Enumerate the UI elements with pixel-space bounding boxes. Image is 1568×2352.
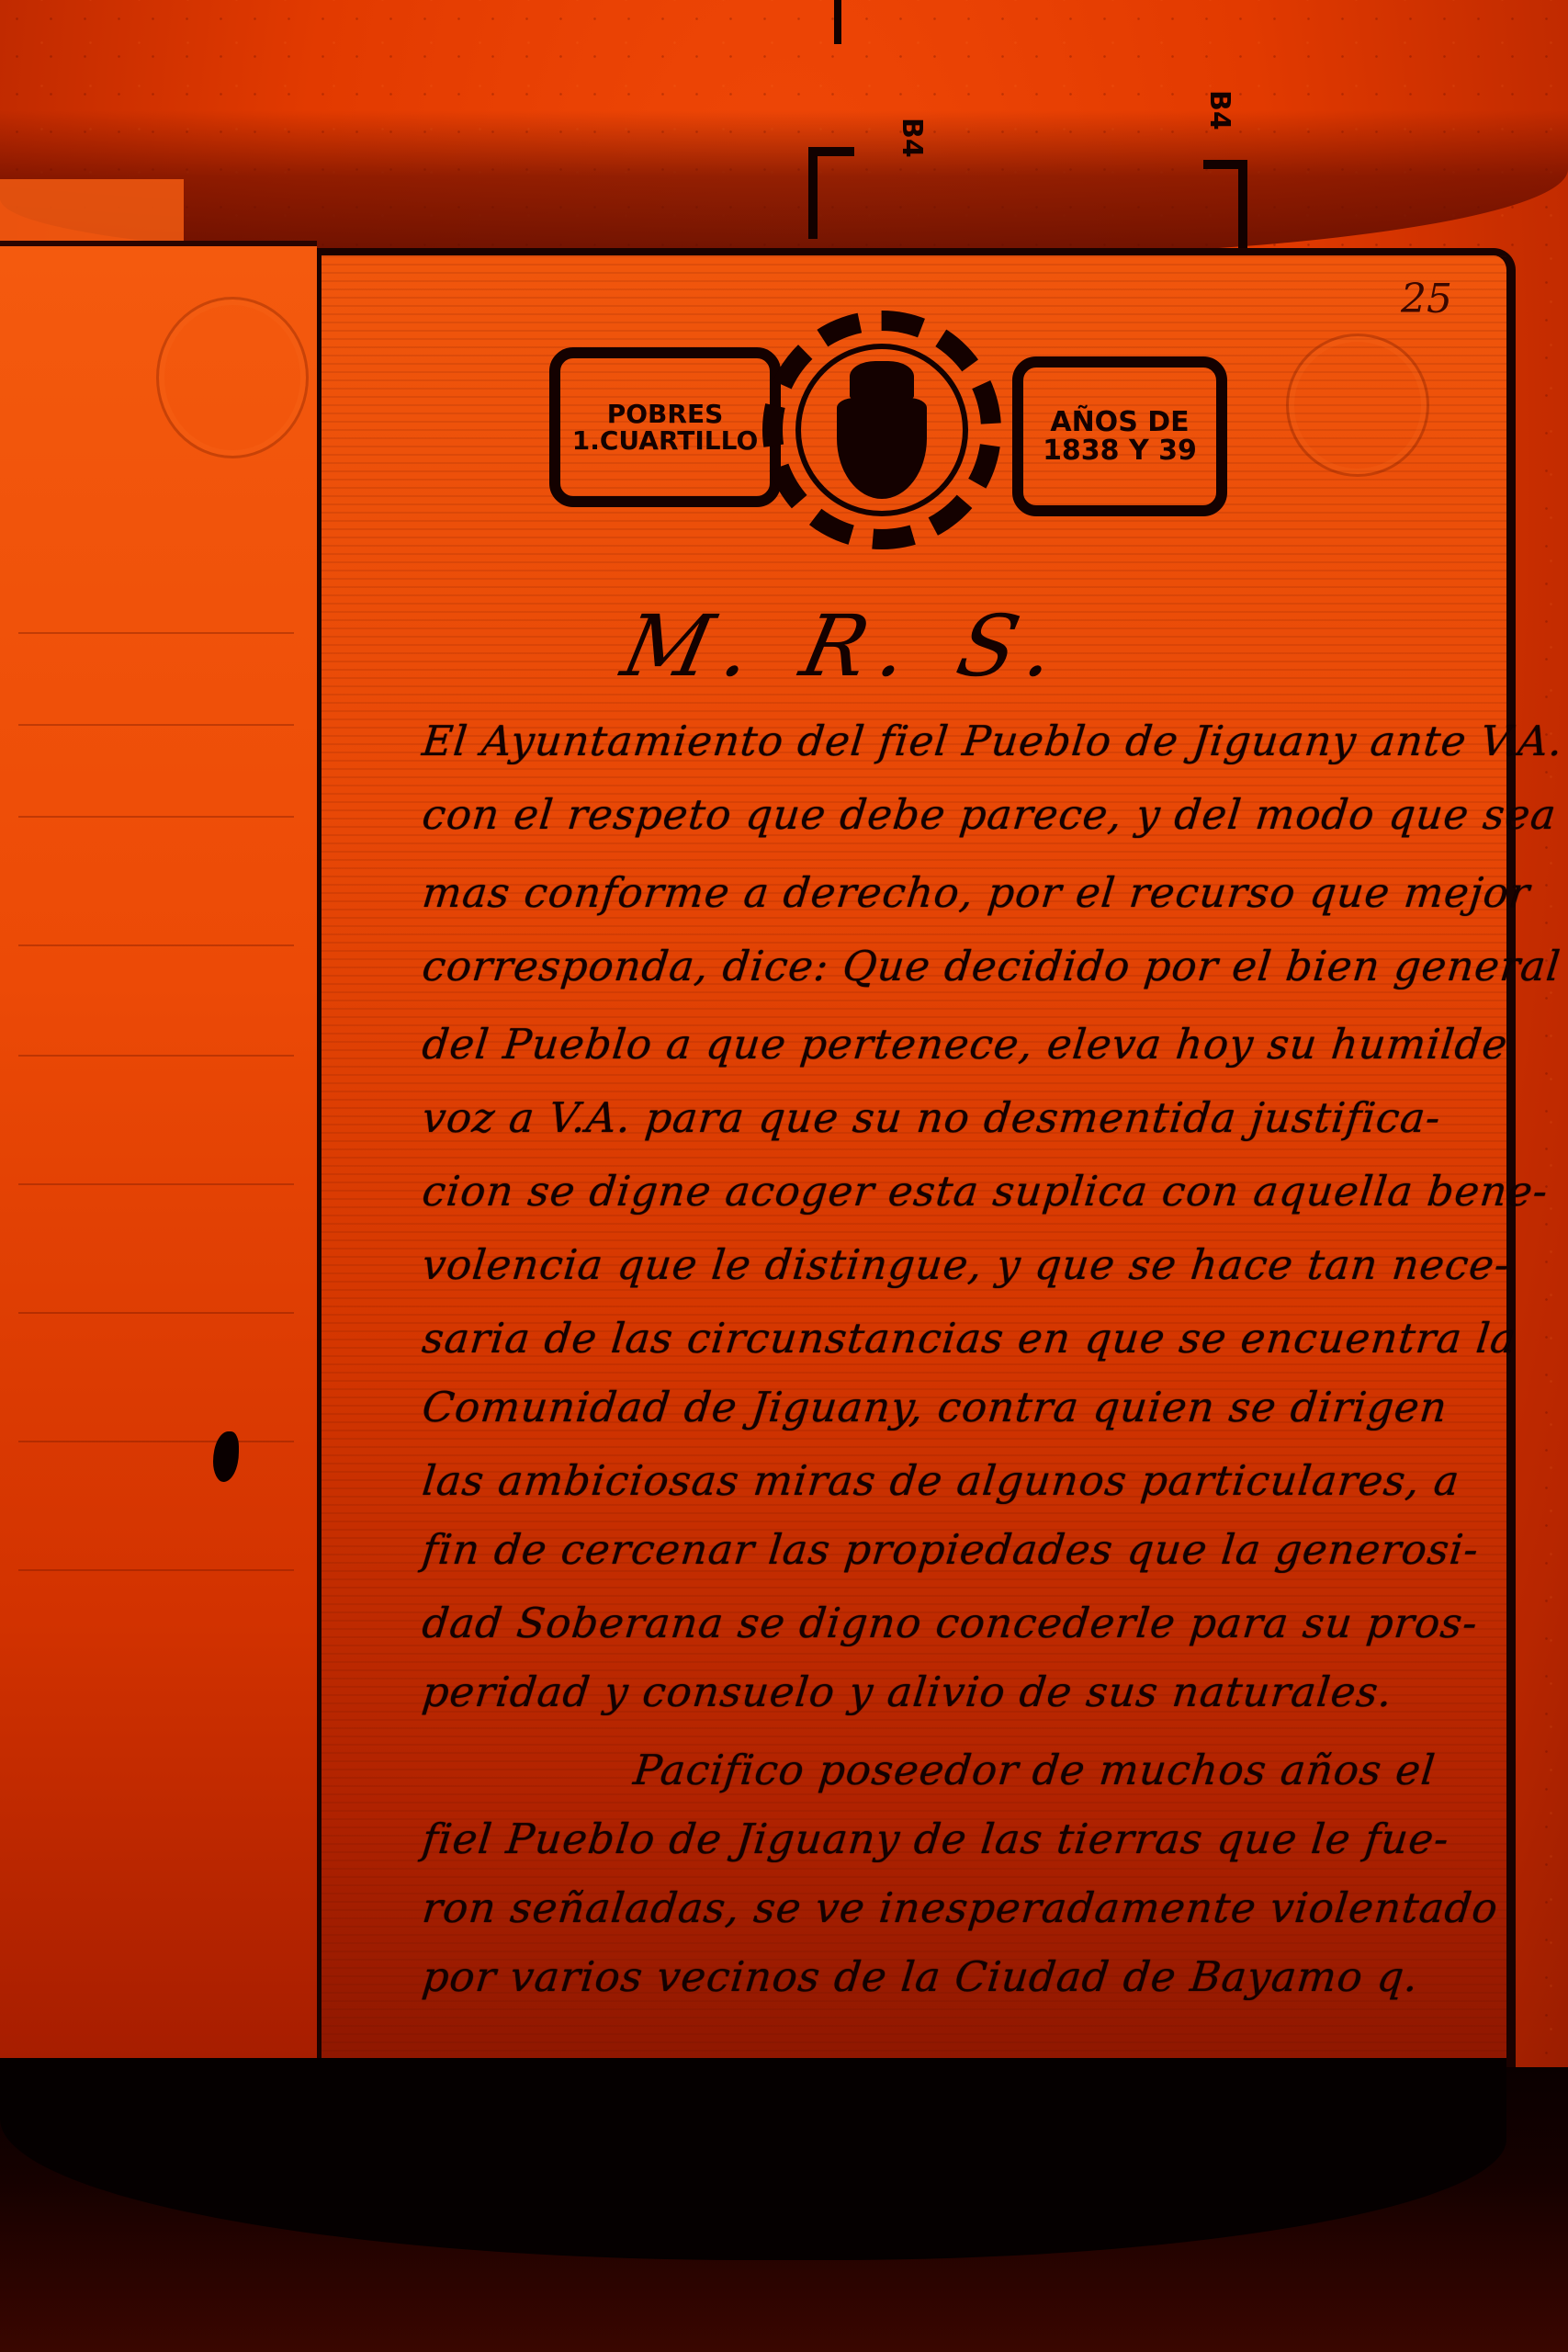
text-line: peridad y consuelo y alivio de sus natur… <box>420 1668 1482 1716</box>
text-line: con el respeto que debe parece, y del mo… <box>420 790 1482 839</box>
top-shadow <box>0 110 1568 257</box>
text-line: Comunidad de Jiguany, contra quien se di… <box>420 1383 1482 1431</box>
stamp-seal <box>762 311 1001 549</box>
embossed-seal-right <box>1286 334 1429 477</box>
text-line: Pacifico poseedor de muchos años el <box>631 1746 1568 1794</box>
text-line: corresponda, dice: Que decidido por el b… <box>420 942 1482 990</box>
crop-marker-right <box>1203 160 1247 254</box>
text-line: fiel Pueblo de Jiguany de las tierras qu… <box>420 1815 1482 1863</box>
page-number: 25 <box>1401 276 1452 322</box>
text-line: voz a V.A. para que su no desmentida jus… <box>420 1093 1482 1142</box>
text-line: saria de las circunstancias en que se en… <box>420 1314 1482 1363</box>
text-line: El Ayuntamiento del fiel Pueblo de Jigua… <box>420 717 1482 765</box>
text-line: las ambiciosas miras de algunos particul… <box>420 1456 1482 1505</box>
crop-label-left: B4 <box>896 118 928 158</box>
previous-page <box>0 241 317 2079</box>
crop-label-right: B4 <box>1203 90 1235 130</box>
salutation-heading: M. R. S. <box>615 597 1077 695</box>
text-line: ron señaladas, se ve inesperadamente vio… <box>420 1883 1482 1932</box>
ink-blot <box>213 1431 239 1482</box>
text-line: del Pueblo a que pertenece, eleva hoy su… <box>420 1020 1482 1069</box>
crop-marker-left <box>808 147 854 239</box>
text-line: dad Soberana se digno concederle para su… <box>420 1599 1482 1647</box>
stamp-left-panel: POBRES 1.CUARTILLO <box>549 347 781 507</box>
text-line: volencia que le distingue, y que se hace… <box>420 1240 1482 1289</box>
text-line: fin de cercenar las propiedades que la g… <box>420 1525 1482 1574</box>
crop-tick-top <box>834 0 841 44</box>
text-line: mas conforme a derecho, por el recurso q… <box>420 868 1482 917</box>
stamp-right-panel: AÑOS DE 1838 Y 39 <box>1012 356 1227 516</box>
embossed-seal <box>156 297 309 458</box>
text-line: cion se digne acoger esta suplica con aq… <box>420 1167 1482 1216</box>
coat-of-arms-icon <box>837 361 927 499</box>
text-line: por varios vecinos de la Ciudad de Bayam… <box>420 1952 1482 2001</box>
